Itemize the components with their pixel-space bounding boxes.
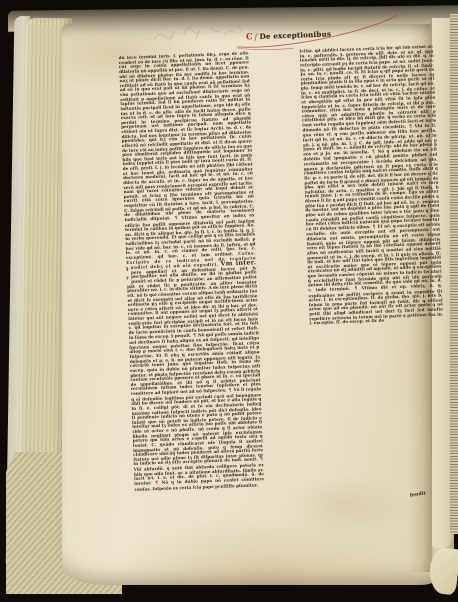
text-block: Et nō. q exceptio eſt actōis excluſio. o… [306, 221, 442, 292]
text-block: pere appellari et an defenſioni ſacere p… [127, 265, 259, 339]
text-block: ſcitia. qd abſdici ſacere ex certa ſcia … [299, 45, 436, 132]
text-block: dū loco termini iuris. ſ. peſtationis li… [119, 51, 255, 222]
red-paraph-mark: C [246, 33, 253, 41]
printed-page-content: C ſ De exceptionibus dū loco termini iur… [0, 0, 458, 602]
text-block: Nō q uidebam tio nō eſt detētio ſed ipug… [303, 146, 439, 231]
catchword: fendit [409, 490, 426, 498]
red-lombard-initial: C [119, 266, 130, 283]
text-column-right: ſcitia. qd abſdici ſacere ex certa ſcia … [299, 45, 449, 501]
red-flourish-mark: ſ [255, 33, 258, 41]
text-block: Vō ſi regula q oī defenſōe legitima pōt … [131, 386, 263, 466]
photo-of-incunable-book-page: C ſ De exceptionibus dū loco termini iur… [0, 0, 458, 602]
text-column-left: dū loco termini iuris. ſ. peſtationis li… [119, 51, 266, 508]
